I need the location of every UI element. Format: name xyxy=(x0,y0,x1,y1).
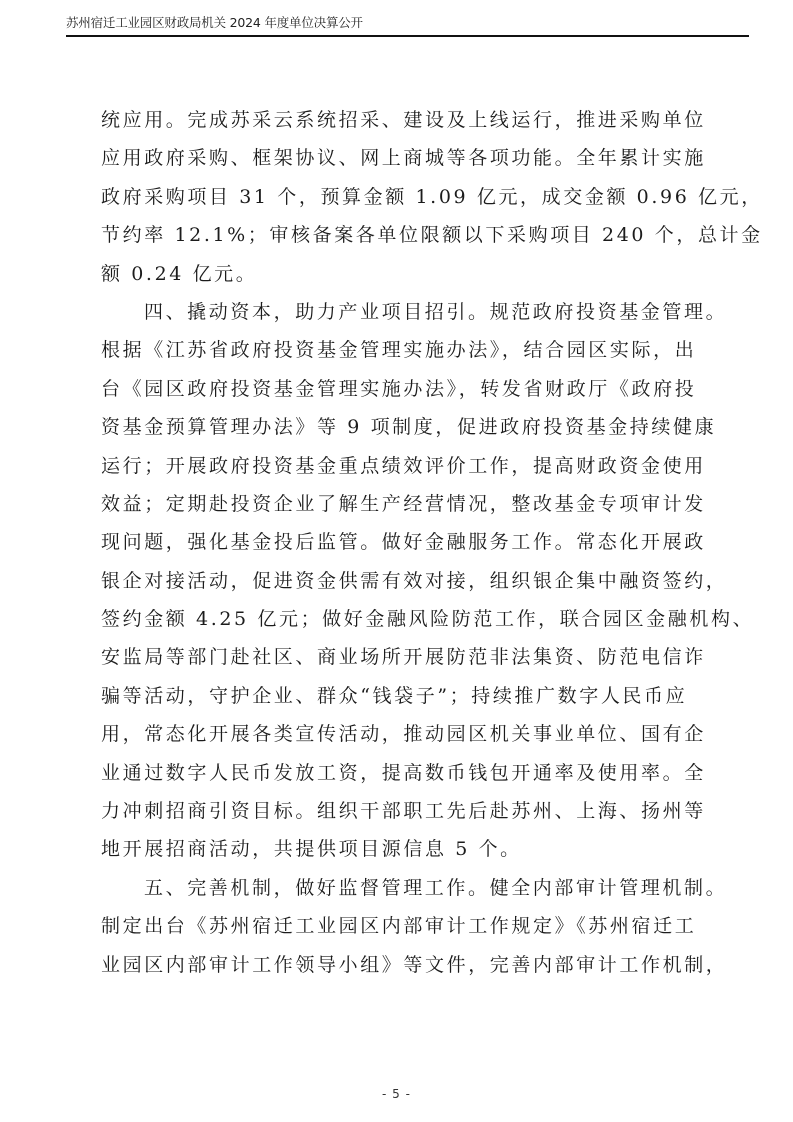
header-divider xyxy=(66,35,749,37)
text-line: 节约率 12.1%；审核备案各单位限额以下采购项目 240 个，总计金 xyxy=(101,216,715,254)
text-line: 安监局等部门赴社区、商业场所开展防范非法集资、防范电信诈 xyxy=(101,638,715,676)
page-header: 苏州宿迁工业园区财政局机关 2024 年度单位决算公开 xyxy=(66,14,748,36)
text-line: 应用政府采购、框架协议、网上商城等各项功能。全年累计实施 xyxy=(101,139,715,177)
document-header-title: 苏州宿迁工业园区财政局机关 2024 年度单位决算公开 xyxy=(66,14,363,32)
text-line: 制定出台《苏州宿迁工业园区内部审计工作规定》《苏州宿迁工 xyxy=(101,907,715,945)
text-line: 效益；定期赴投资企业了解生产经营情况，整改基金专项审计发 xyxy=(101,485,715,523)
text-line: 政府采购项目 31 个，预算金额 1.09 亿元，成交金额 0.96 亿元， xyxy=(101,178,715,216)
text-line: 地开展招商活动，共提供项目源信息 5 个。 xyxy=(101,830,715,868)
text-line: 台《园区政府投资基金管理实施办法》，转发省财政厅《政府投 xyxy=(101,370,715,408)
text-line: 统应用。完成苏采云系统招采、建设及上线运行，推进采购单位 xyxy=(101,101,715,139)
text-line: 根据《江苏省政府投资基金管理实施办法》，结合园区实际，出 xyxy=(101,331,715,369)
text-line: 骗等活动，守护企业、群众“钱袋子”；持续推广数字人民币应 xyxy=(101,677,715,715)
text-line: 用，常态化开展各类宣传活动，推动园区机关事业单位、国有企 xyxy=(101,715,715,753)
text-line: 业园区内部审计工作领导小组》等文件，完善内部审计工作机制， xyxy=(101,946,715,984)
paragraph-first-line: 四、撬动资本，助力产业项目招引。规范政府投资基金管理。 xyxy=(101,293,715,331)
text-line: 银企对接活动，促进资金供需有效对接，组织银企集中融资签约， xyxy=(101,562,715,600)
document-body: 统应用。完成苏采云系统招采、建设及上线运行，推进采购单位应用政府采购、框架协议、… xyxy=(101,101,715,984)
text-line: 签约金额 4.25 亿元；做好金融风险防范工作，联合园区金融机构、 xyxy=(101,600,715,638)
text-line: 现问题，强化基金投后监管。做好金融服务工作。常态化开展政 xyxy=(101,523,715,561)
text-line: 运行；开展政府投资基金重点绩效评价工作，提高财政资金使用 xyxy=(101,447,715,485)
text-line: 力冲刺招商引资目标。组织干部职工先后赴苏州、上海、扬州等 xyxy=(101,792,715,830)
paragraph-first-line: 五、完善机制，做好监督管理工作。健全内部审计管理机制。 xyxy=(101,869,715,907)
text-line: 额 0.24 亿元。 xyxy=(101,255,715,293)
page-number: - 5 - xyxy=(0,1087,793,1101)
text-line: 资基金预算管理办法》等 9 项制度，促进政府投资基金持续健康 xyxy=(101,408,715,446)
text-line: 业通过数字人民币发放工资，提高数币钱包开通率及使用率。全 xyxy=(101,754,715,792)
